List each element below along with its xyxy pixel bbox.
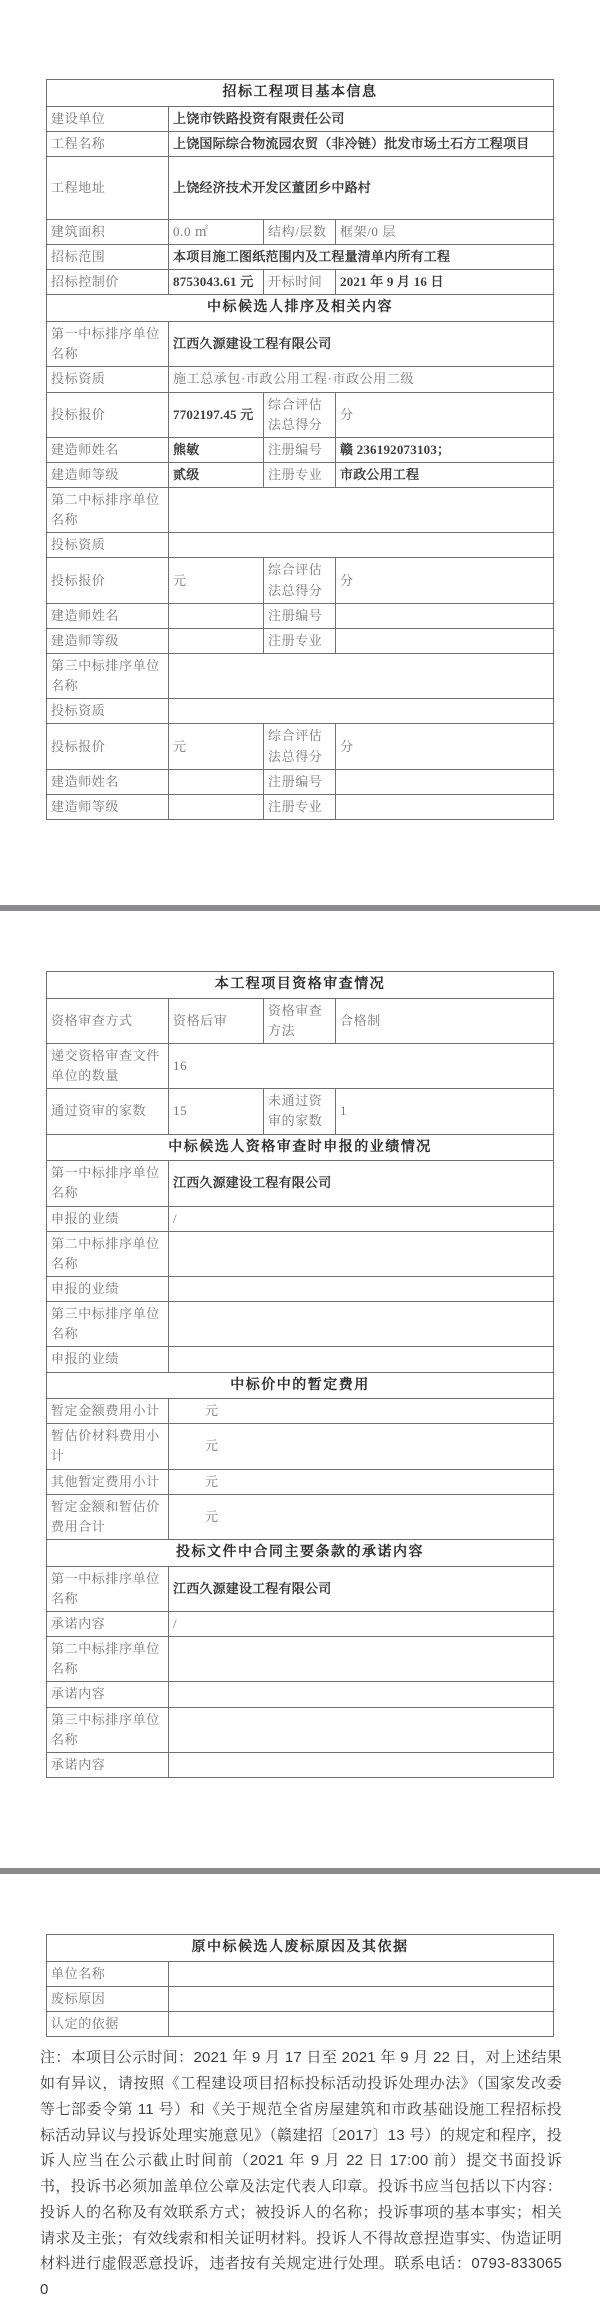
cell-label: 第三中标排序单位名称 [47,1707,169,1752]
cell-label: 申报的业绩 [47,1347,169,1372]
table-row: 投标报价元综合评估法总得分分 [47,724,554,769]
table-row: 承诺内容 [47,1752,554,1777]
cell-value [169,699,554,724]
cell-label: 投标资质 [47,533,169,558]
cell-label: 通过资审的家数 [47,1089,169,1134]
table-row: 投标报价元综合评估法总得分分 [47,558,554,603]
cell-value: 16 [169,1044,554,1089]
cell-value [169,794,264,819]
section-title: 投标文件中合同主要条款的承诺内容 [47,1540,554,1567]
cell-label: 承诺内容 [47,1612,169,1637]
cell-value [336,603,554,628]
table-row: 第三中标排序单位名称 [47,1707,554,1752]
cell-label: 招标控制价 [47,270,169,295]
table-row: 建造师等级贰级注册专业市政公用工程 [47,462,554,487]
cell-label: 单位名称 [47,1961,169,1986]
section-title: 中标价中的暂定费用 [47,1372,554,1399]
table-row: 递交资格审查文件单位的数量16 [47,1044,554,1089]
cell-value: 江西久源建设工程有限公司 [169,322,554,367]
table-row: 废标原因 [47,1986,554,2011]
section-title: 中标候选人资格审查时申报的业绩情况 [47,1134,554,1161]
cell-value: 元 [169,1469,554,1494]
table-row: 投标资质施工总承包·市政公用工程·市政公用二级 [47,367,554,392]
cell-label: 废标原因 [47,1986,169,2011]
cell-value: 分 [336,724,554,769]
cell-value: 元 [169,1494,554,1539]
cell-label: 招标范围 [47,245,169,270]
cell-value: 0.0 ㎡ [169,219,264,244]
cell-value [336,769,554,794]
table-row: 第三中标排序单位名称 [47,1302,554,1347]
cell-label: 结构/层数 [264,219,336,244]
table-row: 第一中标排序单位名称江西久源建设工程有限公司 [47,1161,554,1206]
table-row: 第一中标排序单位名称江西久源建设工程有限公司 [47,322,554,367]
cell-value [169,488,554,533]
table-row: 通过资审的家数15未通过资审的家数1 [47,1089,554,1134]
table-row: 中标候选人资格审查时申报的业绩情况 [47,1134,554,1161]
cell-label: 工程地址 [47,156,169,219]
table-row: 投标报价7702197.45 元综合评估法总得分分 [47,392,554,437]
table-row: 投标资质 [47,699,554,724]
section-title: 本工程项目资格审查情况 [47,972,554,999]
table-row: 建造师姓名熊敏注册编号赣 236192073103； [47,437,554,462]
cell-value: 1 [336,1089,554,1134]
cell-label: 其他暂定费用小计 [47,1469,169,1494]
cell-label: 申报的业绩 [47,1276,169,1301]
cell-value [169,1637,554,1682]
section-title: 原中标候选人废标原因及其依据 [47,1935,554,1962]
cell-label: 第一中标排序单位名称 [47,1161,169,1206]
cell-label: 资格审查方法 [264,998,336,1043]
cell-value: 市政公用工程 [336,462,554,487]
cell-label: 注册编号 [264,769,336,794]
table-row: 中标价中的暂定费用 [47,1372,554,1399]
cell-label: 第三中标排序单位名称 [47,1302,169,1347]
page-separator-1 [0,905,600,911]
note-text: 注：本项目公示时间：2021 年 9 月 17 日至 2021 年 9 月 22… [40,2045,562,2303]
cell-label: 工程名称 [47,131,169,156]
cell-value [169,769,264,794]
cell-label: 建造师等级 [47,794,169,819]
cell-value [336,628,554,653]
cell-label: 综合评估法总得分 [264,558,336,603]
cell-value [336,794,554,819]
cell-value [169,1682,554,1707]
table-row: 原中标候选人废标原因及其依据 [47,1935,554,1962]
cell-label: 建设单位 [47,106,169,131]
page-separator-2 [0,1868,600,1874]
table-row: 中标候选人排序及相关内容 [47,295,554,322]
cell-label: 注册专业 [264,628,336,653]
basic-info-table-container: 招标工程项目基本信息建设单位上饶市铁路投资有限责任公司工程名称上饶国际综合物流园… [0,0,600,820]
cell-label: 资格审查方式 [47,998,169,1043]
cell-value: 框架/0 层 [336,219,554,244]
cell-value [169,1347,554,1372]
cell-label: 注册专业 [264,794,336,819]
table-row: 建设单位上饶市铁路投资有限责任公司 [47,106,554,131]
cell-label: 投标报价 [47,392,169,437]
cell-label: 注册编号 [264,437,336,462]
cell-label: 投标报价 [47,558,169,603]
cell-label: 暂估价材料费用小计 [47,1424,169,1469]
cell-value: 7702197.45 元 [169,392,264,437]
cell-value: 贰级 [169,462,264,487]
cell-value: 施工总承包·市政公用工程·市政公用二级 [169,367,554,392]
table-row: 承诺内容/ [47,1612,554,1637]
table-row: 建造师姓名注册编号 [47,769,554,794]
cell-value: 元 [169,724,264,769]
qualification-table-container: 本工程项目资格审查情况资格审查方式资格后审资格审查方法合格制递交资格审查文件单位… [0,971,600,1778]
cell-value: 元 [169,558,264,603]
cell-value: / [169,1612,554,1637]
cell-value: / [169,1206,554,1231]
cell-value [169,1231,554,1276]
cell-label: 暂定金额费用小计 [47,1399,169,1424]
cell-value [169,628,264,653]
table-row: 建筑面积0.0 ㎡结构/层数框架/0 层 [47,219,554,244]
cell-value: 江西久源建设工程有限公司 [169,1161,554,1206]
cell-label: 递交资格审查文件单位的数量 [47,1044,169,1089]
cell-label: 承诺内容 [47,1752,169,1777]
cell-label: 注册专业 [264,462,336,487]
cell-label: 申报的业绩 [47,1206,169,1231]
cell-label: 开标时间 [264,270,336,295]
cell-value: 江西久源建设工程有限公司 [169,1566,554,1611]
table-row: 第二中标排序单位名称 [47,488,554,533]
cell-label: 第二中标排序单位名称 [47,488,169,533]
table-row: 申报的业绩/ [47,1206,554,1231]
table-row: 建造师等级注册专业 [47,794,554,819]
cell-label: 投标资质 [47,699,169,724]
table-row: 其他暂定费用小计元 [47,1469,554,1494]
table-row: 投标文件中合同主要条款的承诺内容 [47,1540,554,1567]
section-title: 中标候选人排序及相关内容 [47,295,554,322]
cell-label: 未通过资审的家数 [264,1089,336,1134]
table-row: 第三中标排序单位名称 [47,654,554,699]
table-row: 承诺内容 [47,1682,554,1707]
cell-label: 建造师等级 [47,628,169,653]
cell-value: 上饶经济技术开发区董团乡中路村 [169,156,554,219]
table-row: 建造师等级注册专业 [47,628,554,653]
cell-label: 承诺内容 [47,1682,169,1707]
table-row: 申报的业绩 [47,1347,554,1372]
cell-label: 暂定金额和暂估价费用合计 [47,1494,169,1539]
cell-value [169,1752,554,1777]
table-row: 第一中标排序单位名称江西久源建设工程有限公司 [47,1566,554,1611]
table-row: 招标工程项目基本信息 [47,80,554,107]
table-row: 申报的业绩 [47,1276,554,1301]
cell-label: 注册编号 [264,603,336,628]
table-row: 工程名称上饶国际综合物流园农贸（非冷链）批发市场土石方工程项目 [47,131,554,156]
cell-value: 分 [336,558,554,603]
cell-label: 建造师姓名 [47,769,169,794]
cell-label: 第三中标排序单位名称 [47,654,169,699]
table-row: 暂估价材料费用小计元 [47,1424,554,1469]
cell-value: 8753043.61 元 [169,270,264,295]
cell-value: 元 [169,1399,554,1424]
document-page: 招标工程项目基本信息建设单位上饶市铁路投资有限责任公司工程名称上饶国际综合物流园… [0,0,600,2303]
cell-label: 第二中标排序单位名称 [47,1637,169,1682]
cell-value [169,1707,554,1752]
cell-value: 熊敏 [169,437,264,462]
cell-label: 综合评估法总得分 [264,724,336,769]
cell-label: 建造师等级 [47,462,169,487]
cell-label: 建造师姓名 [47,603,169,628]
table-row: 建造师姓名注册编号 [47,603,554,628]
qualification-review-table: 本工程项目资格审查情况资格审查方式资格后审资格审查方法合格制递交资格审查文件单位… [46,971,554,1778]
table-row: 第二中标排序单位名称 [47,1231,554,1276]
cell-value [169,603,264,628]
table-row: 暂定金额费用小计元 [47,1399,554,1424]
cell-label: 综合评估法总得分 [264,392,336,437]
cell-value: 元 [169,1424,554,1469]
cell-value [169,2011,554,2036]
cell-value: 资格后审 [169,998,264,1043]
table-row: 投标资质 [47,533,554,558]
cell-label: 认定的依据 [47,2011,169,2036]
cell-value: 赣 236192073103； [336,437,554,462]
cell-value: 15 [169,1089,264,1134]
cell-value [169,654,554,699]
table-row: 招标控制价8753043.61 元开标时间2021 年 9 月 16 日 [47,270,554,295]
cell-value [169,533,554,558]
cell-value: 本项目施工图纸范围内及工程量清单内所有工程 [169,245,554,270]
cell-label: 建造师姓名 [47,437,169,462]
cell-label: 第一中标排序单位名称 [47,322,169,367]
table-row: 暂定金额和暂估价费用合计元 [47,1494,554,1539]
table-row: 本工程项目资格审查情况 [47,972,554,999]
table-row: 资格审查方式资格后审资格审查方法合格制 [47,998,554,1043]
rejection-reason-table: 原中标候选人废标原因及其依据单位名称废标原因认定的依据 [46,1934,554,2037]
cell-label: 第一中标排序单位名称 [47,1566,169,1611]
cell-value: 上饶国际综合物流园农贸（非冷链）批发市场土石方工程项目 [169,131,554,156]
table-row: 招标范围本项目施工图纸范围内及工程量清单内所有工程 [47,245,554,270]
bidding-project-basic-info-table: 招标工程项目基本信息建设单位上饶市铁路投资有限责任公司工程名称上饶国际综合物流园… [46,79,554,820]
cell-label: 投标报价 [47,724,169,769]
cell-value: 分 [336,392,554,437]
cell-value [169,1276,554,1301]
cell-value [169,1302,554,1347]
cell-label: 第二中标排序单位名称 [47,1231,169,1276]
table-row: 单位名称 [47,1961,554,1986]
table-row: 工程地址上饶经济技术开发区董团乡中路村 [47,156,554,219]
cell-value: 上饶市铁路投资有限责任公司 [169,106,554,131]
section-title: 招标工程项目基本信息 [47,80,554,107]
cell-value: 合格制 [336,998,554,1043]
table-row: 认定的依据 [47,2011,554,2036]
cell-label: 建筑面积 [47,219,169,244]
cell-label: 投标资质 [47,367,169,392]
table-row: 第二中标排序单位名称 [47,1637,554,1682]
rejection-table-container: 原中标候选人废标原因及其依据单位名称废标原因认定的依据 [0,1934,600,2037]
cell-value [169,1986,554,2011]
cell-value: 2021 年 9 月 16 日 [336,270,554,295]
cell-value [169,1961,554,1986]
